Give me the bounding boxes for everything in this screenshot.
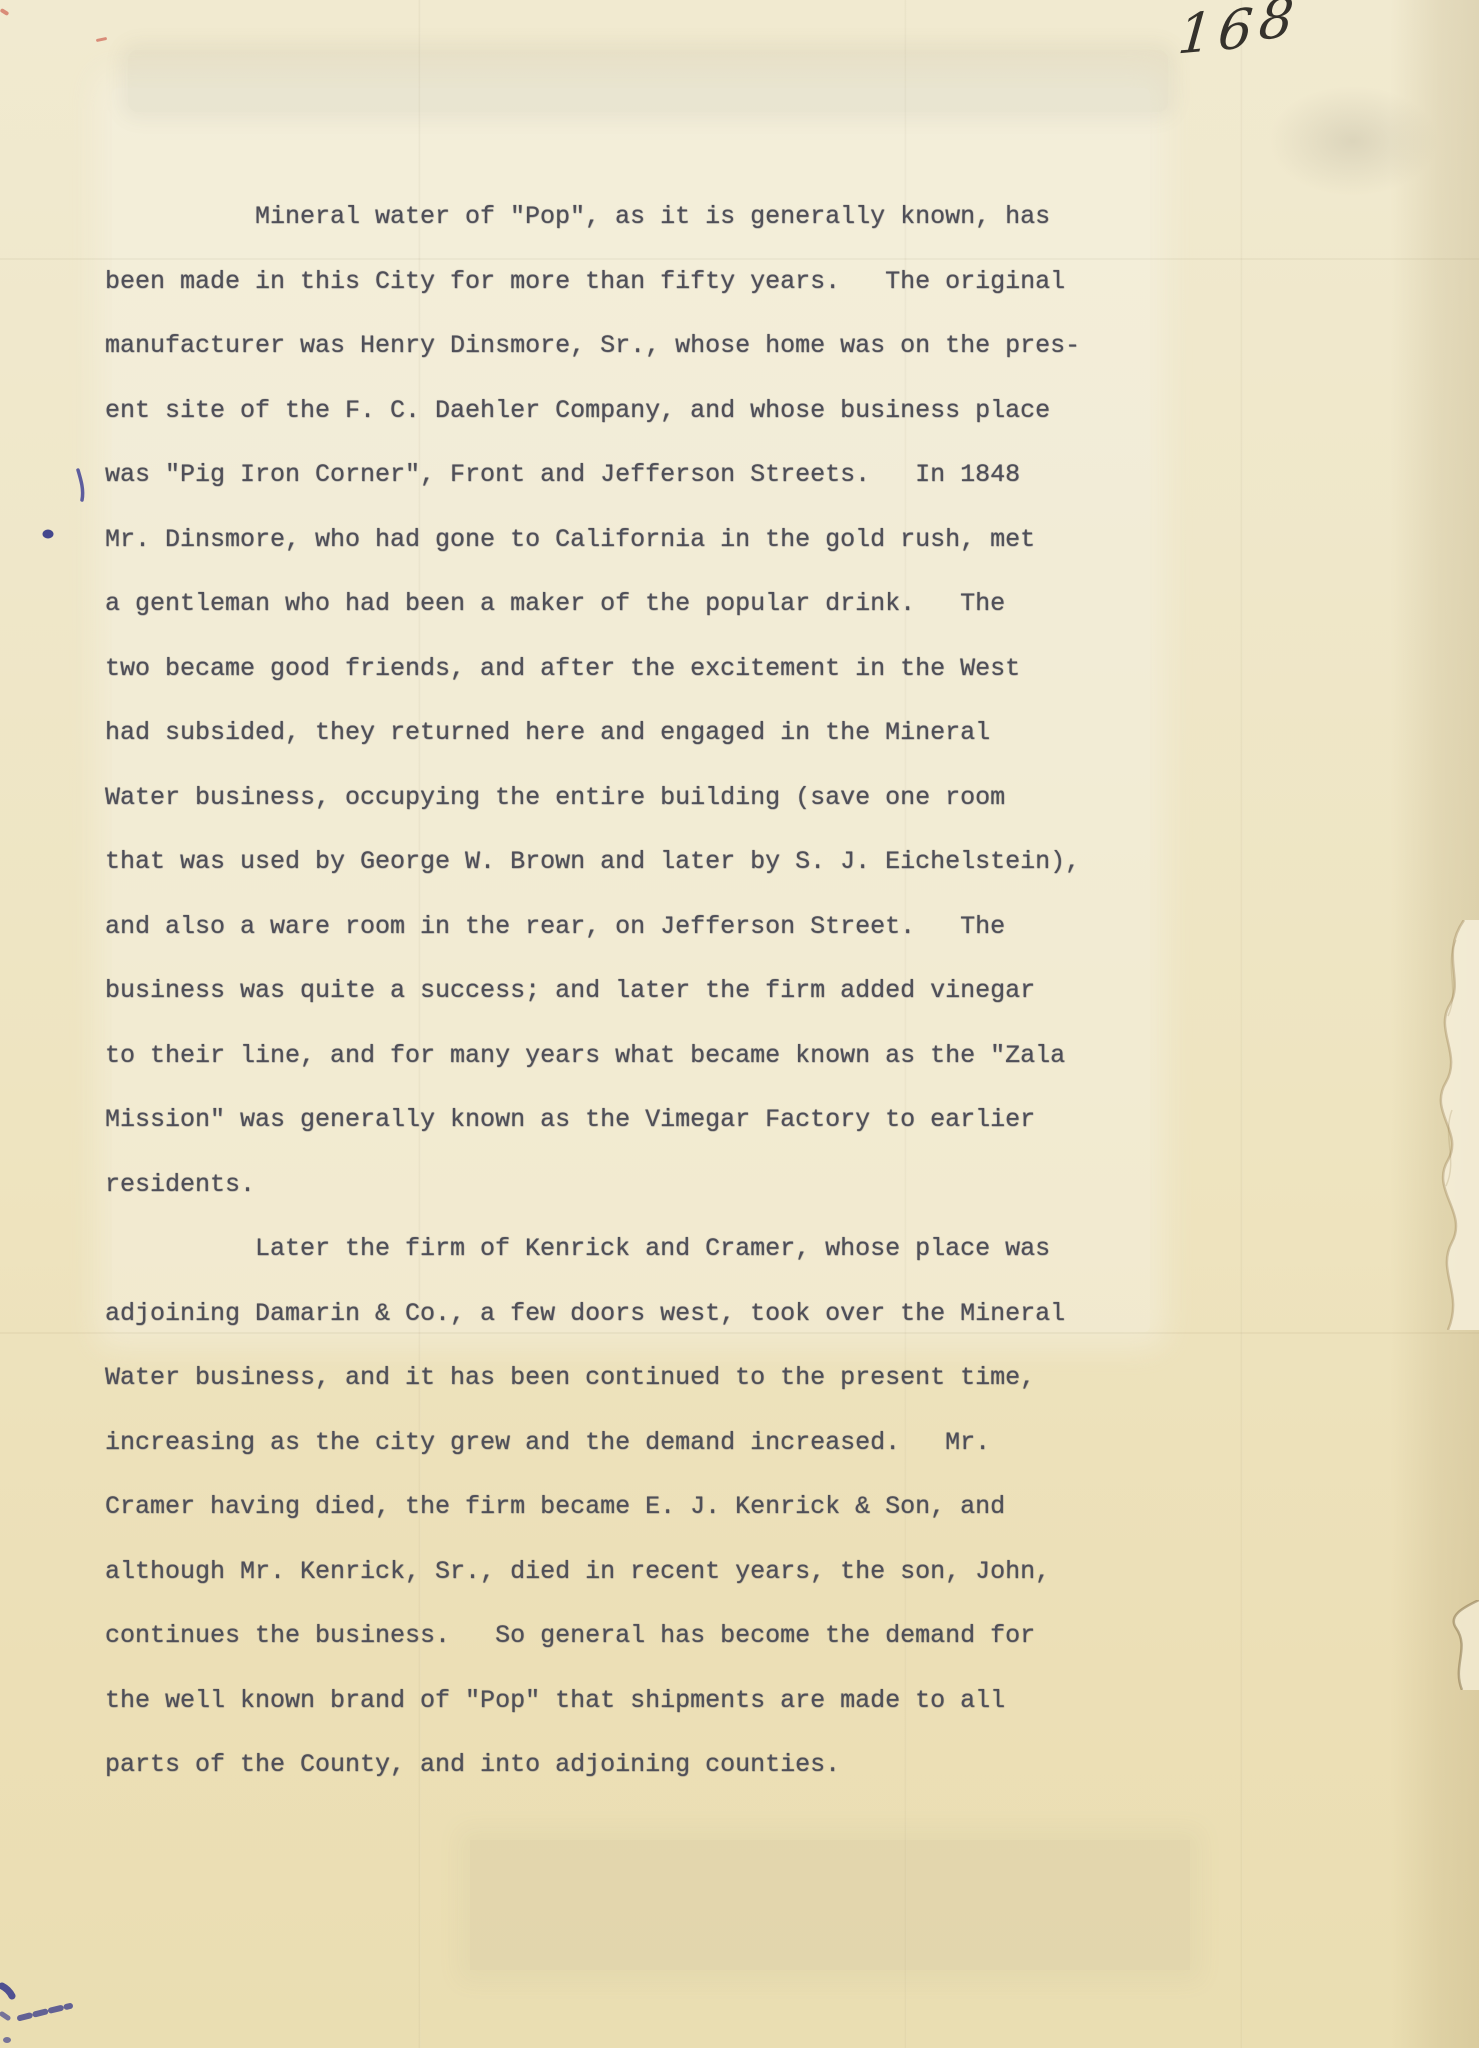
typed-line: was "Pig Iron Corner", Front and Jeffers…: [105, 460, 1165, 525]
typed-line: parts of the County, and into adjoining …: [105, 1750, 1165, 1815]
scanned-document-page: 168 Mineral water of "Pop", as it is gen…: [0, 0, 1479, 2048]
blue-ink-smudge-bottom-left: [0, 1956, 160, 2048]
typed-line: a gentleman who had been a maker of the …: [105, 589, 1165, 654]
typed-line: business was quite a success; and later …: [105, 976, 1165, 1041]
blue-ink-tick: [68, 466, 98, 506]
typed-line: although Mr. Kenrick, Sr., died in recen…: [105, 1557, 1165, 1622]
page-number-leading-digits: 16: [1175, 0, 1261, 67]
typed-line: two became good friends, and after the e…: [105, 654, 1165, 719]
red-ink-speck: [0, 8, 9, 16]
typed-line: adjoining Damarin & Co., a few doors wes…: [105, 1299, 1165, 1364]
typed-line: been made in this City for more than fif…: [105, 267, 1165, 332]
typed-line: ent site of the F. C. Daehler Company, a…: [105, 396, 1165, 461]
typed-line: Later the firm of Kenrick and Cramer, wh…: [105, 1234, 1165, 1299]
typed-line: residents.: [105, 1170, 1165, 1235]
red-ink-speck: [96, 37, 107, 42]
typed-line: Mission" was generally known as the Vime…: [105, 1105, 1165, 1170]
blue-ink-dot: [38, 524, 58, 544]
typed-line: that was used by George W. Brown and lat…: [105, 847, 1165, 912]
typed-line: to their line, and for many years what b…: [105, 1041, 1165, 1106]
page-number-last-digit: 8: [1256, 0, 1302, 53]
typed-line: had subsided, they returned here and eng…: [105, 718, 1165, 783]
typed-line: Cramer having died, the firm became E. J…: [105, 1492, 1165, 1557]
typed-line: and also a ware room in the rear, on Jef…: [105, 912, 1165, 977]
page-right-edge-shading: [1390, 0, 1479, 2048]
fold-crease-vertical: [1240, 0, 1243, 2048]
typewritten-text-block: Mineral water of "Pop", as it is general…: [105, 202, 1165, 1815]
typed-line: increasing as the city grew and the dema…: [105, 1428, 1165, 1493]
typed-line: Water business, occupying the entire bui…: [105, 783, 1165, 848]
typed-line: manufacturer was Henry Dinsmore, Sr., wh…: [105, 331, 1165, 396]
paper-shading-bottom: [470, 1840, 1190, 1970]
handwritten-page-number: 168: [1175, 0, 1301, 67]
typed-line: Water business, and it has been continue…: [105, 1363, 1165, 1428]
typed-line: Mr. Dinsmore, who had gone to California…: [105, 525, 1165, 590]
typed-line: continues the business. So general has b…: [105, 1621, 1165, 1686]
typed-line: the well known brand of "Pop" that shipm…: [105, 1686, 1165, 1751]
paper-smudge-top: [128, 50, 1168, 112]
typed-line: Mineral water of "Pop", as it is general…: [105, 202, 1165, 267]
